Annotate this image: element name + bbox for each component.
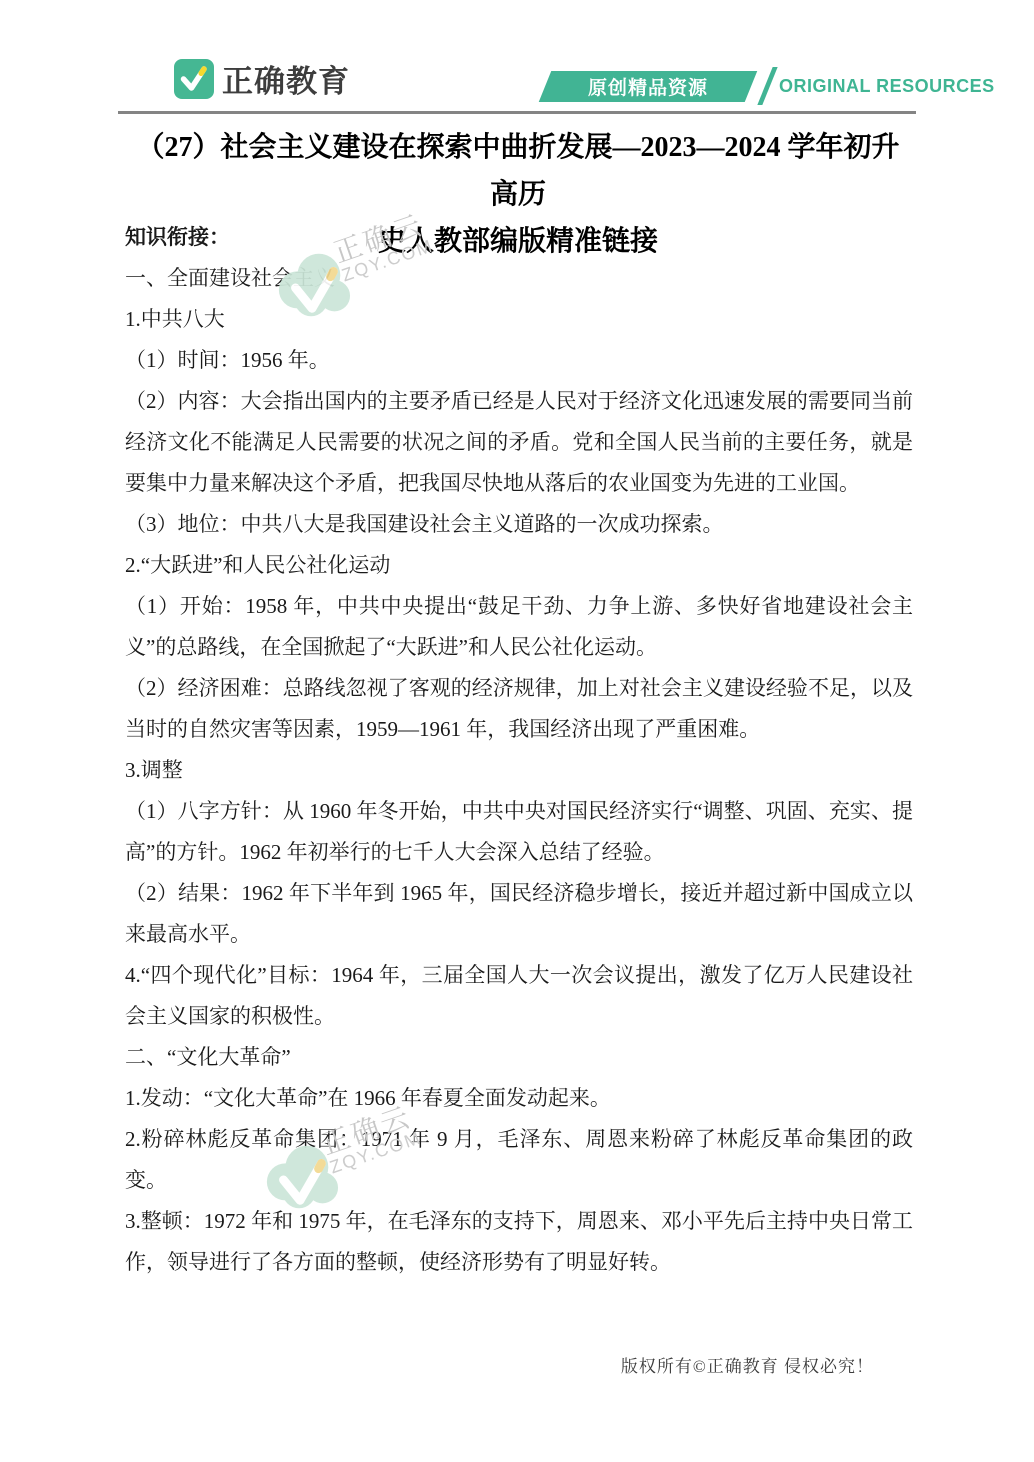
paragraph: 1.发动：“文化大革命”在 1966 年春夏全面发动起来。: [125, 1078, 913, 1119]
paragraph: 2.粉碎林彪反革命集团：1971 年 9 月，毛泽东、周恩来粉碎了林彪反革命集团…: [125, 1119, 913, 1201]
original-resources-badge: 原创精品资源: [539, 71, 758, 102]
paragraph: 一、全面建设社会主义: [125, 258, 913, 299]
badge-label: 原创精品资源: [588, 73, 708, 100]
logo-checkmark-icon: [174, 58, 214, 100]
paragraph: 2.“大跃进”和人民公社化运动: [125, 545, 913, 586]
paragraph: （1）时间：1956 年。: [125, 340, 913, 381]
paragraph: （2）内容：大会指出国内的主要矛盾已经是人民对于经济文化迅速发展的需要同当前经济…: [125, 381, 913, 504]
paragraph: 1.中共八大: [125, 299, 913, 340]
header-divider-line: [118, 111, 916, 114]
copyright-notice: 版权所有©正确教育 侵权必究！: [621, 1352, 874, 1377]
paragraph: 3.调整: [125, 750, 913, 791]
slash-divider: [757, 67, 777, 105]
paragraph: （2）结果：1962 年下半年到 1965 年，国民经济稳步增长，接近并超过新中…: [125, 873, 913, 955]
document-page: 正确教育 原创精品资源 ORIGINAL RESOURCES （27）社会主义建…: [0, 0, 1034, 1462]
paragraph: 4.“四个现代化”目标：1964 年，三届全国人大一次会议提出，激发了亿万人民建…: [125, 955, 913, 1037]
paragraph: 3.整顿：1972 年和 1975 年，在毛泽东的支持下，周恩来、邓小平先后主持…: [125, 1201, 913, 1283]
brand-logo: 正确教育: [174, 56, 350, 101]
knowledge-heading: 知识衔接：: [125, 217, 913, 258]
document-body: 知识衔接： 一、全面建设社会主义 1.中共八大 （1）时间：1956 年。 （2…: [125, 217, 913, 1283]
page-title-line1: （27）社会主义建设在探索中曲折发展—2023—2024 学年初升高历: [125, 124, 911, 218]
paragraph: （3）地位：中共八大是我国建设社会主义道路的一次成功探索。: [125, 504, 913, 545]
brand-name: 正确教育: [222, 56, 350, 101]
paragraph: 二、“文化大革命”: [125, 1037, 913, 1078]
resources-banner: 原创精品资源 ORIGINAL RESOURCES: [545, 70, 995, 102]
paragraph: （1）开始：1958 年，中共中央提出“鼓足干劲、力争上游、多快好省地建设社会主…: [125, 586, 913, 668]
badge-label-en: ORIGINAL RESOURCES: [779, 76, 995, 97]
paragraph: （1）八字方针：从 1960 年冬开始，中共中央对国民经济实行“调整、巩固、充实…: [125, 791, 913, 873]
paragraph: （2）经济困难：总路线忽视了客观的经济规律，加上对社会主义建设经验不足，以及当时…: [125, 668, 913, 750]
